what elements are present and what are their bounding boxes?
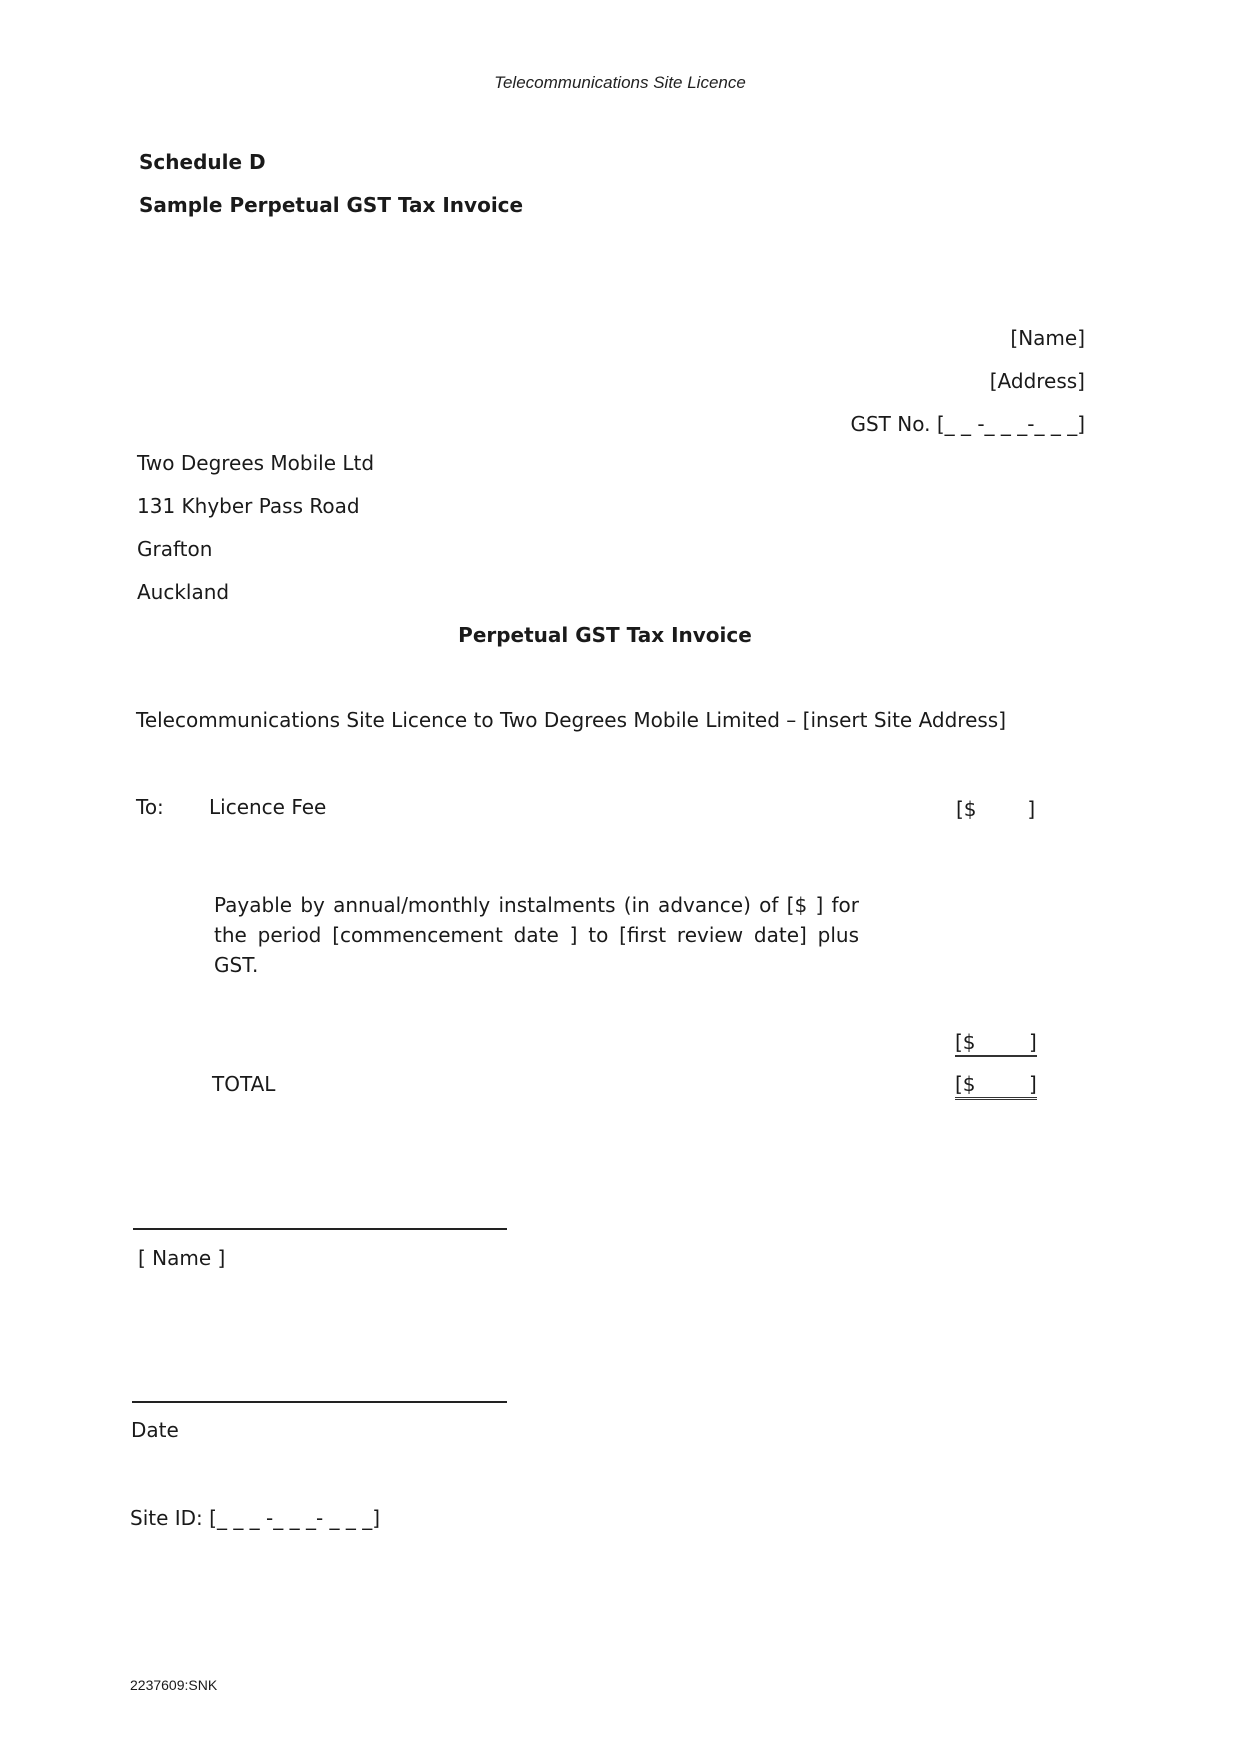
- payment-terms: Payable by annual/monthly instalments (i…: [214, 890, 859, 980]
- recipient-line: Two Degrees Mobile Ltd: [137, 451, 374, 475]
- recipient-line: Grafton: [137, 537, 212, 561]
- site-id: Site ID: [_ _ _ -_ _ _- _ _ _]: [130, 1506, 380, 1530]
- schedule-label: Schedule D: [139, 150, 266, 174]
- invoice-description: Telecommunications Site Licence to Two D…: [136, 708, 1006, 732]
- document-reference: 2237609:SNK: [130, 1677, 217, 1693]
- recipient-line: Auckland: [137, 580, 229, 604]
- subtotal-value: [$: [955, 1030, 1037, 1057]
- licence-fee-amount: [$ ]: [956, 797, 1035, 821]
- site-id-label: Site ID:: [130, 1506, 203, 1530]
- running-header: Telecommunications Site Licence: [0, 73, 1240, 93]
- gst-value: [_ _ -_ _ _-_ _ _]: [937, 412, 1085, 436]
- signature-line: [133, 1228, 507, 1230]
- total-label: TOTAL: [212, 1072, 275, 1096]
- total-value: [$: [955, 1072, 1037, 1100]
- site-id-value: [_ _ _ -_ _ _- _ _ _]: [209, 1506, 380, 1530]
- recipient-line: 131 Khyber Pass Road: [137, 494, 360, 518]
- date-line: [132, 1401, 507, 1403]
- signatory-name: [ Name ]: [138, 1246, 225, 1270]
- total-amount: [$]: [955, 1072, 1037, 1100]
- to-label: To:: [136, 795, 164, 819]
- issuer-gst: GST No. [_ _ -_ _ _-_ _ _]: [850, 412, 1085, 436]
- licence-fee-label: Licence Fee: [209, 795, 326, 819]
- date-label: Date: [131, 1418, 179, 1442]
- subtotal-amount: [$]: [955, 1030, 1037, 1057]
- schedule-title: Sample Perpetual GST Tax Invoice: [139, 193, 523, 217]
- invoice-title: Perpetual GST Tax Invoice: [0, 623, 1210, 647]
- issuer-name: [Name]: [1010, 326, 1085, 350]
- gst-label: GST No.: [850, 412, 930, 436]
- issuer-address: [Address]: [990, 369, 1085, 393]
